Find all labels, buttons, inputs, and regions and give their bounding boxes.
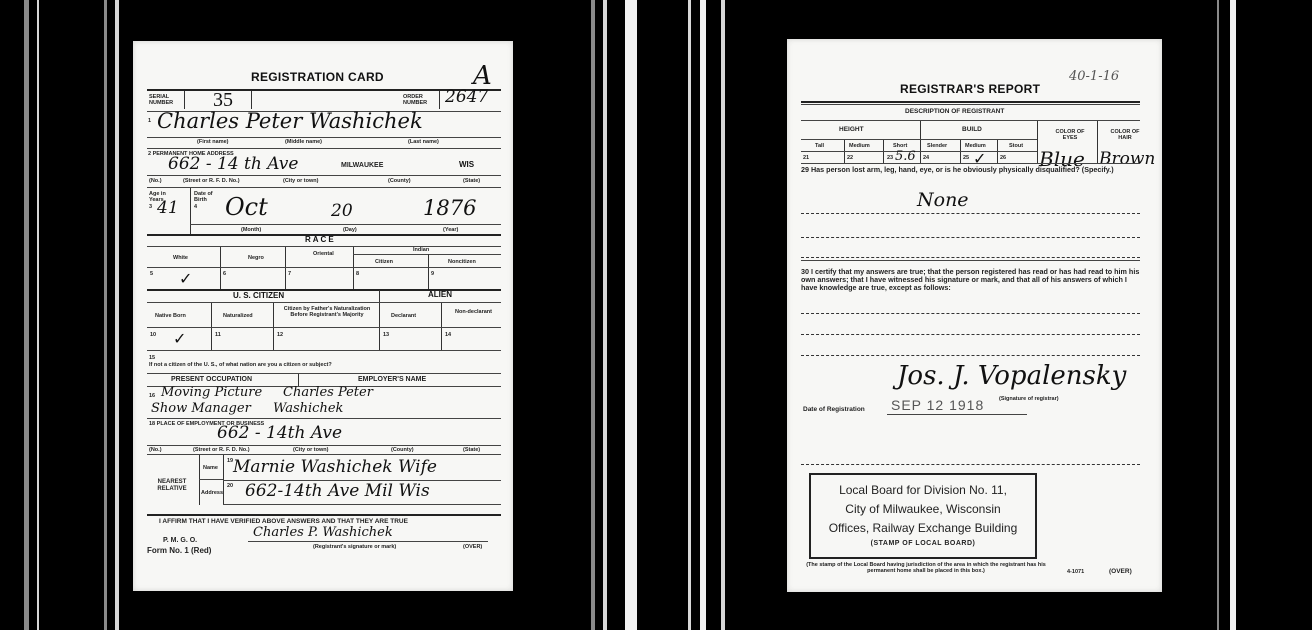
- film-edge-line: [104, 0, 107, 630]
- divider: [920, 121, 921, 163]
- divider: [285, 247, 286, 289]
- exception-line: [801, 313, 1140, 314]
- divider: [147, 373, 501, 374]
- num-23: 23: [887, 155, 893, 161]
- dob-year: 1876: [423, 196, 476, 220]
- divider: [223, 504, 501, 505]
- divider: [379, 290, 380, 350]
- race-num-6: 6: [223, 271, 226, 277]
- citizen-num-10: 10: [150, 332, 156, 338]
- divider: [147, 302, 501, 303]
- stamp-line-2: City of Milwaukee, Wisconsin: [811, 500, 1035, 519]
- film-edge-line: [688, 0, 691, 630]
- film-edge-line: [603, 0, 607, 630]
- white-checkmark: ✓: [179, 269, 192, 288]
- over-label: (OVER): [1109, 569, 1132, 575]
- home-address-state: WIS: [459, 160, 474, 169]
- divider: [428, 254, 429, 289]
- q30-certification: 30 I certify that my answers are true; t…: [801, 268, 1143, 292]
- divider: [801, 163, 1140, 164]
- signature-caption: (Registrant's signature or mark): [313, 544, 396, 550]
- q1-number: 1: [148, 118, 151, 124]
- film-edge-line: [625, 0, 637, 630]
- num-25: 25: [963, 155, 969, 161]
- address-sub-state: (State): [463, 178, 480, 184]
- short-height-value: 5.6: [895, 149, 916, 164]
- dob-label: Date of Birth: [194, 191, 224, 203]
- age-number: 3: [149, 204, 152, 210]
- race-num-5: 5: [150, 271, 153, 277]
- relative-address-label: Address: [201, 490, 223, 496]
- divider: [1037, 121, 1038, 163]
- divider: [190, 224, 501, 225]
- registrar-signature-caption: (Signature of registrar): [999, 396, 1059, 402]
- num-26: 26: [1000, 155, 1006, 161]
- registration-date-stamp: SEP 12 1918: [891, 397, 984, 413]
- divider: [801, 260, 1140, 261]
- employer-line-2: Washichek: [273, 401, 343, 416]
- divider: [147, 148, 501, 149]
- col-naturalized: Naturalized: [223, 313, 253, 319]
- film-edge-line: [1230, 0, 1236, 630]
- divider: [147, 445, 501, 446]
- race-num-7: 7: [288, 271, 291, 277]
- registration-card-front: REGISTRATION CARD SERIAL NUMBER 35 ORDER…: [133, 41, 513, 591]
- divider: [147, 175, 501, 176]
- q15-number: 15: [149, 355, 155, 361]
- report-title: REGISTRAR'S REPORT: [900, 82, 1040, 96]
- citizen-num-12: 12: [277, 332, 283, 338]
- divider: [801, 464, 1140, 465]
- native-born-checkmark: ✓: [173, 329, 186, 348]
- form-code: 4-1071: [1067, 569, 1084, 575]
- divider: [147, 418, 501, 419]
- race-num-8: 8: [356, 271, 359, 277]
- registrars-report-back: REGISTRAR'S REPORT 40-1-16 DESCRIPTION O…: [787, 39, 1162, 592]
- divider: [147, 514, 501, 516]
- description-title: DESCRIPTION OF REGISTRANT: [905, 109, 1004, 115]
- stamp-instruction: (The stamp of the Local Board having jur…: [801, 562, 1051, 574]
- divider: [801, 104, 1140, 105]
- film-edge-line: [700, 0, 706, 630]
- col-tall: Tall: [815, 143, 824, 149]
- num-21: 21: [803, 155, 809, 161]
- hair-color-title: COLOR OF HAIR: [1105, 129, 1145, 141]
- race-col-indian: Indian: [413, 247, 429, 253]
- col-slender: Slender: [927, 143, 947, 149]
- registration-date-label: Date of Registration: [803, 407, 865, 413]
- address-sub-county: (County): [388, 178, 411, 184]
- divider: [439, 91, 440, 109]
- col-non-declarant: Non-declarant: [451, 309, 496, 315]
- employment-sub-street: (Street or R. F. D. No.): [193, 447, 250, 453]
- col-height-medium: Medium: [849, 143, 870, 149]
- occupation-label: PRESENT OCCUPATION: [171, 376, 252, 383]
- address-sub-street: (Street or R. F. D. No.): [183, 178, 240, 184]
- race-title: RACE: [305, 235, 336, 244]
- col-citizen-by-father: Citizen by Father's Naturalization Befor…: [279, 306, 375, 318]
- eye-color-title: COLOR OF EYES: [1050, 129, 1090, 141]
- first-name-label: (First name): [197, 139, 228, 145]
- height-title: HEIGHT: [839, 127, 864, 133]
- indian-noncitizen-label: Noncitizen: [448, 259, 476, 265]
- divider: [147, 246, 501, 247]
- film-edge-line: [1217, 0, 1219, 630]
- num-24: 24: [923, 155, 929, 161]
- occupation-line-1: Moving Picture: [161, 385, 262, 400]
- registrant-name: Charles Peter Washichek: [157, 109, 423, 133]
- answer-line: [801, 237, 1140, 238]
- race-col-negro: Negro: [248, 255, 264, 261]
- q16-number: 16: [149, 393, 155, 399]
- stamp-line-3: Offices, Railway Exchange Building: [811, 519, 1035, 538]
- divider: [353, 254, 501, 255]
- num-22: 22: [847, 155, 853, 161]
- last-name-label: (Last name): [408, 139, 439, 145]
- exception-line: [801, 334, 1140, 335]
- home-address-street: 662 - 14 th Ave: [168, 154, 298, 174]
- divider: [801, 139, 1037, 140]
- form-id-line-1: P. M. G. O.: [163, 537, 197, 544]
- col-stout: Stout: [1009, 143, 1023, 149]
- employment-sub-state: (State): [463, 447, 480, 453]
- build-title: BUILD: [962, 127, 982, 133]
- employment-sub-city: (City or town): [293, 447, 328, 453]
- col-native-born: Native Born: [155, 313, 186, 319]
- address-sub-no: (No.): [149, 178, 162, 184]
- middle-name-label: (Middle name): [285, 139, 322, 145]
- employment-address: 662 - 14th Ave: [217, 423, 342, 443]
- indian-citizen-label: Citizen: [375, 259, 393, 265]
- employment-sub-county: (County): [391, 447, 414, 453]
- film-edge-line: [24, 0, 29, 630]
- divider: [801, 151, 1037, 152]
- divider: [190, 188, 191, 234]
- relative-address: 662-14th Ave Mil Wis: [245, 481, 430, 501]
- alien-title: ALIEN: [428, 290, 452, 299]
- divider: [147, 137, 501, 138]
- divider: [199, 479, 223, 480]
- registrar-signature: Jos. J. Vopalensky: [897, 361, 1126, 391]
- divider: [801, 101, 1140, 103]
- citizen-num-13: 13: [383, 332, 389, 338]
- relative-name-label: Name: [203, 465, 218, 471]
- serial-label: SERIAL NUMBER: [149, 94, 183, 106]
- exception-line: [801, 355, 1140, 356]
- divider: [147, 350, 501, 351]
- order-label: ORDER NUMBER: [403, 94, 437, 106]
- answer-line: [801, 213, 1140, 214]
- film-edge-line: [115, 0, 119, 630]
- employer-label: EMPLOYER'S NAME: [358, 376, 426, 383]
- dob-day: 20: [331, 201, 353, 221]
- col-declarant: Declarant: [391, 313, 416, 319]
- divider: [801, 120, 1140, 121]
- divider: [147, 454, 501, 455]
- signature-line: [248, 541, 488, 542]
- employer-line-1: Charles Peter: [283, 385, 373, 400]
- form-id-line-2: Form No. 1 (Red): [147, 546, 211, 555]
- citizen-num-14: 14: [445, 332, 451, 338]
- dob-year-label: (Year): [443, 227, 458, 233]
- local-board-stamp: Local Board for Division No. 11, City of…: [809, 473, 1037, 559]
- address-sub-city: (City or town): [283, 178, 318, 184]
- dob-number: 4: [194, 204, 197, 210]
- occupation-line-2: Show Manager: [151, 401, 251, 416]
- stamp-line-1: Local Board for Division No. 11,: [811, 481, 1035, 500]
- dob-day-label: (Day): [343, 227, 357, 233]
- citizen-num-11: 11: [215, 332, 221, 338]
- film-edge-line: [37, 0, 39, 630]
- race-num-9: 9: [431, 271, 434, 277]
- corner-number: 40-1-16: [1069, 69, 1119, 84]
- race-col-oriental: Oriental: [313, 251, 334, 257]
- q29-question: 29 Has person lost arm, leg, hand, eye, …: [801, 166, 1141, 174]
- divider: [184, 91, 185, 109]
- divider: [220, 247, 221, 289]
- divider: [147, 267, 501, 268]
- divider: [1097, 121, 1098, 163]
- home-address-city: MILWAUKEE: [341, 162, 383, 169]
- q20-number: 20: [227, 483, 233, 489]
- race-col-white: White: [173, 255, 188, 261]
- employment-sub-no: (No.): [149, 447, 162, 453]
- q15-label: If not a citizen of the U. S., of what n…: [149, 362, 332, 368]
- dob-month-label: (Month): [241, 227, 261, 233]
- dob-month: Oct: [225, 193, 268, 221]
- q29-answer: None: [917, 189, 969, 211]
- nearest-relative-label: NEAREST RELATIVE: [149, 479, 195, 493]
- film-edge-line: [591, 0, 595, 630]
- citizen-title: U. S. CITIZEN: [233, 291, 284, 300]
- registrant-signature: Charles P. Washichek: [253, 525, 393, 540]
- age-value: 41: [157, 198, 179, 218]
- divider: [147, 187, 501, 188]
- divider: [251, 91, 252, 109]
- relative-name: Marnie Washichek Wife: [233, 457, 437, 477]
- answer-line: [801, 257, 1140, 258]
- film-edge-line: [721, 0, 725, 630]
- stamp-caption: (STAMP OF LOCAL BOARD): [811, 540, 1035, 547]
- card-title: REGISTRATION CARD: [251, 70, 384, 84]
- over-label: (OVER): [463, 544, 482, 550]
- date-line: [887, 414, 1027, 415]
- divider: [147, 327, 501, 328]
- divider: [199, 455, 200, 505]
- order-mark: A: [473, 61, 492, 91]
